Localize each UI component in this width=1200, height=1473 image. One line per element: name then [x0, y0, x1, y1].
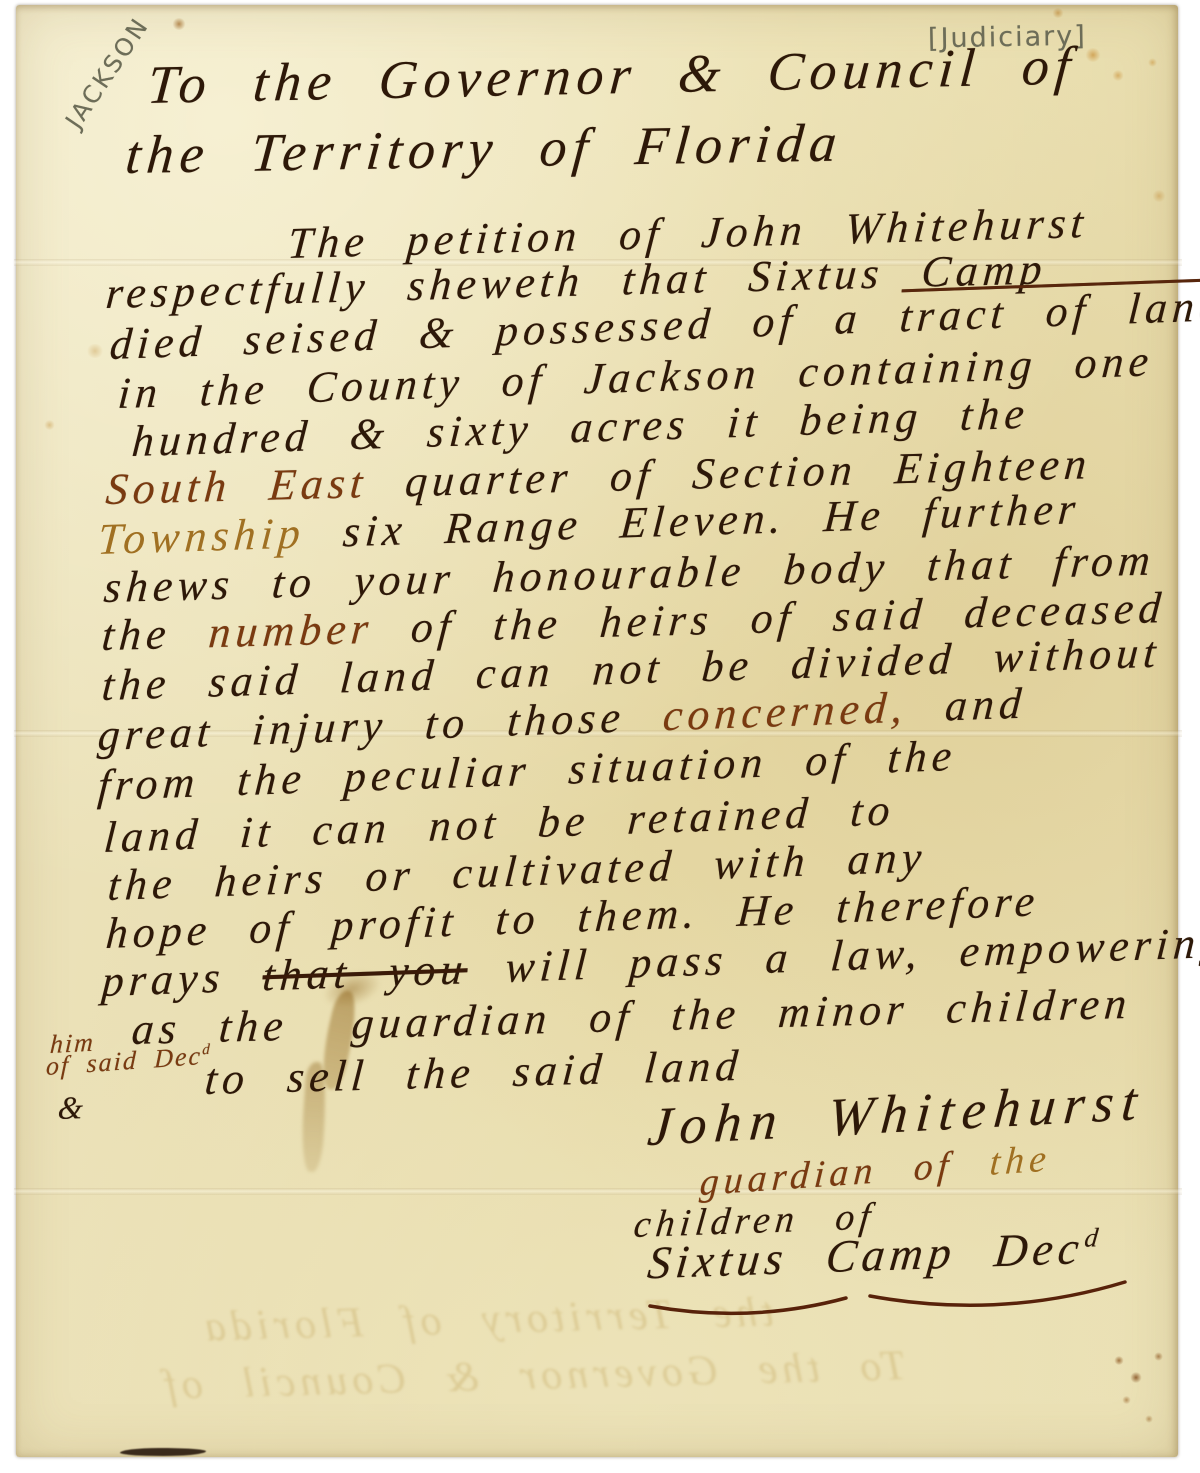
body-text-segment: prays — [100, 951, 264, 1006]
body-text-segment: and — [906, 679, 1028, 732]
fold-crease — [14, 1188, 1182, 1195]
signature-text-segment-faded: the — [988, 1137, 1052, 1184]
text-gap — [287, 1038, 351, 1040]
body-text-segment-faded: Township — [96, 508, 307, 564]
body-text-segment-struck: that you — [261, 944, 469, 1000]
scanned-document-page: the Territory of Florida To the Governor… — [0, 0, 1200, 1473]
marginal-insertion-ampersand: & — [57, 1091, 89, 1124]
body-text-segment: the — [100, 608, 211, 660]
body-text-segment-accent: concerned, — [661, 683, 909, 741]
salutation-line-2: the Territory of Florida — [124, 115, 845, 182]
superscript-d: d — [202, 1042, 211, 1059]
body-text-segment-overlined: tract of land — [898, 281, 1200, 342]
body-text-segment-accent: South East — [104, 458, 369, 514]
body-text-segment-accent: number — [207, 604, 375, 657]
